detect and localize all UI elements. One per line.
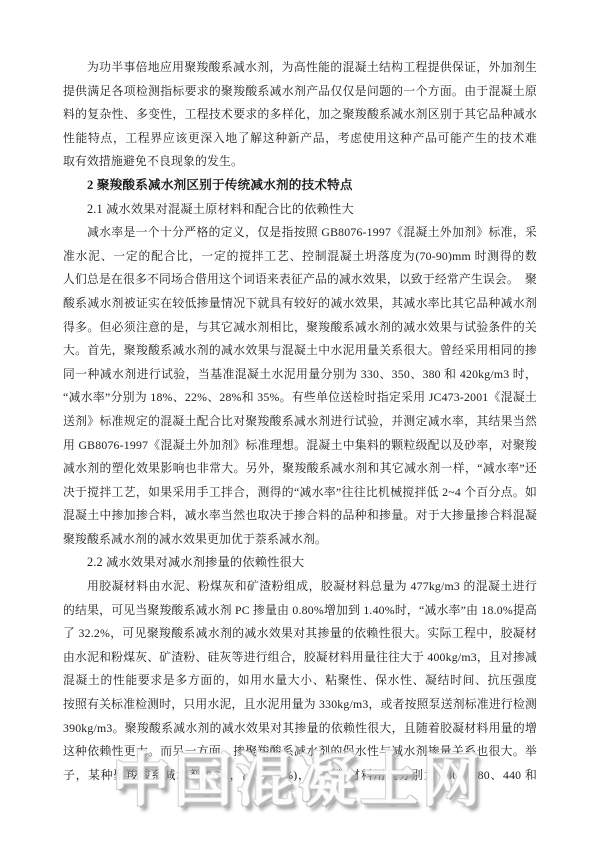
text-line: 料的复杂性、多变性，工程技术要求的多样化，加之聚羧酸系减水剂区别于其它品种减水剂…	[63, 103, 537, 127]
text-line: 用 GB8076-1997《混凝土外加剂》标准理想。混凝土中集料的颗粒级配以及砂…	[63, 434, 537, 458]
text-line: 按照有关标准检测时，只用水泥，且水泥用量为 330kg/m3，或者按照泵送剂标准…	[63, 693, 537, 717]
text-line: 准水泥、一定的配合比，一定的搅拌工艺、控制混凝土坍落度为(70-90)mm 时测…	[63, 245, 537, 269]
document-text: 为功半事倍地应用聚羧酸系减水剂，为高性能的混凝土结构工程提供保证，外加剂生产者提…	[63, 56, 537, 787]
text-line: 混凝土中掺加掺合料，减水率当然也取决于掺合料的品种和掺量。对于大掺量掺合料混凝土…	[63, 504, 537, 528]
text-line: 取有效措施避免不良现象的发生。	[63, 150, 537, 174]
text-line: 送剂》标准规定的混凝土配合比对聚羧酸系减水剂进行试验，并测定减水率，其结果当然比…	[63, 410, 537, 434]
text-line: 390kg/m3。聚羧酸系减水剂的减水效果对其掺量的依赖性很大，且随着胶凝材料用…	[63, 717, 537, 741]
text-line: 为功半事倍地应用聚羧酸系减水剂，为高性能的混凝土结构工程提供保证，外加剂生产者	[63, 56, 537, 80]
subheading-line: 2.1 减水效果对混凝土原材料和配合比的依赖性大	[63, 198, 537, 222]
text-line: 人们总是在很多不同场合借用这个词语来表征产品的减水效果，以致于经常产生误会。 聚…	[63, 268, 537, 292]
text-line: 聚羧酸系减水剂的减水效果更加优于萘系减水剂。	[63, 528, 537, 552]
text-line: 子，某种聚羧酸系减水剂(PCA，浓度 20%)，在胶凝材料用量分别为 330、3…	[63, 764, 537, 788]
text-line: 混凝土的性能要求是多方面的，如用水量大小、粘聚性、保水性、凝结时间、抗压强度等，…	[63, 669, 537, 693]
text-line: 性能特点，工程界应该更深入地了解这种新产品，考虑使用这种产品可能产生的技术难题，…	[63, 127, 537, 151]
document-page: 为功半事倍地应用聚羧酸系减水剂，为高性能的混凝土结构工程提供保证，外加剂生产者提…	[0, 0, 600, 848]
text-line: 酸系减水剂被证实在较低掺量情况下就具有较好的减水效果，其减水率比其它品种减水剂大	[63, 292, 537, 316]
text-line: 决于搅拌工艺，如果采用手工拌合，测得的“减水率”往往比机械搅拌低 2~4 个百分…	[63, 481, 537, 505]
text-line: 得多。但必须注意的是，与其它减水剂相比，聚羧酸系减水剂的减水效果与试验条件的关系…	[63, 316, 537, 340]
text-line: 提供满足各项检测指标要求的聚羧酸系减水剂产品仅仅是问题的一个方面。由于混凝土原材	[63, 80, 537, 104]
subheading-line: 2.2 减水效果对减水剂掺量的依赖性很大	[63, 551, 537, 575]
text-line: 了 32.2%，可见聚羧酸系减水剂的减水效果对其掺量的依赖性很大。实际工程中，胶…	[63, 622, 537, 646]
text-line: “减水率”分别为 18%、22%、28%和 35%。有些单位送检时指定采用 JC…	[63, 386, 537, 410]
text-line: 同一种减水剂进行试验，当基准混凝土水泥用量分别为 330、350、380 和 4…	[63, 363, 537, 387]
text-line: 用胶凝材料由水泥、粉煤灰和矿渣粉组成，胶凝材料总量为 477kg/m3 的混凝土…	[63, 575, 537, 599]
text-line: 减水剂的塑化效果影响也非常大。另外，聚羧酸系减水剂和其它减水剂一样，“减水率”还…	[63, 457, 537, 481]
text-line: 大。首先，聚羧酸系减水剂的减水效果与混凝土中水泥用量关系很大。曾经采用相同的掺量…	[63, 339, 537, 363]
text-line: 减水率是一个十分严格的定义，仅是指按照 GB8076-1997《混凝土外加剂》标…	[63, 221, 537, 245]
text-line: 由水泥和粉煤灰、矿渣粉、硅灰等进行组合，胶凝材料用量往往大于 400kg/m3，…	[63, 646, 537, 670]
heading-line: 2 聚羧酸系减水剂区别于传统减水剂的技术特点	[63, 174, 537, 198]
text-line: 的结果，可见当聚羧酸系减水剂 PC 掺量由 0.80%增加到 1.40%时，“减…	[63, 599, 537, 623]
text-line: 这种依赖性更大。而另一方面，掺聚羧酸系减水剂的保水性与减水剂掺量关系也很大。举个…	[63, 740, 537, 764]
